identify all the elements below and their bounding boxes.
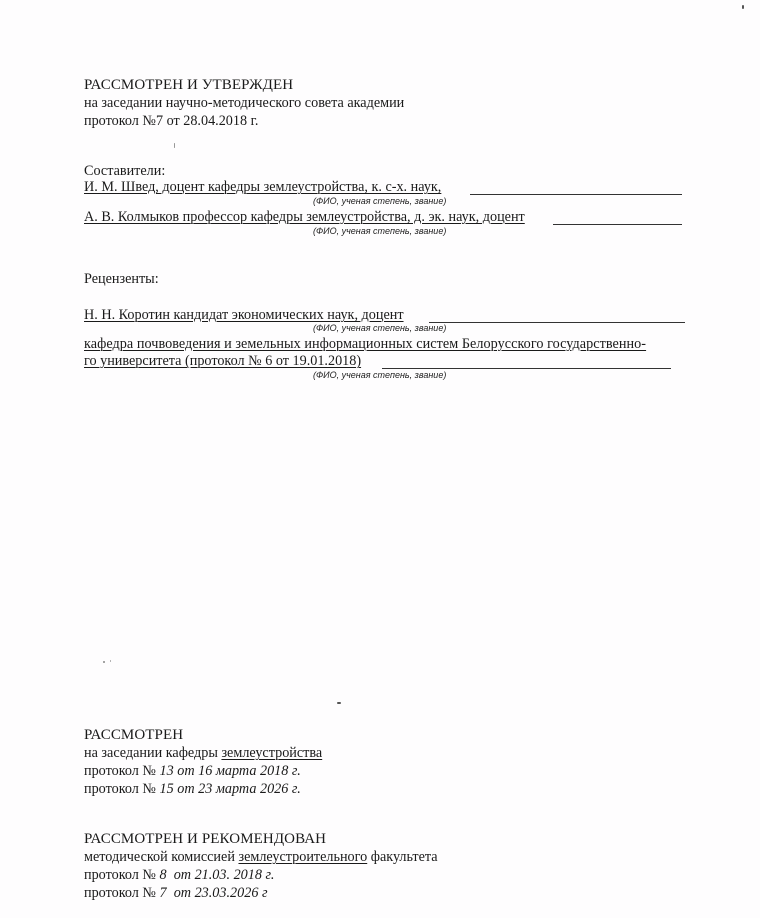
- department-review-title: РАССМОТРЕН: [84, 726, 183, 744]
- reviewer-department-line1: кафедра почвоведения и земельных информа…: [84, 335, 646, 353]
- author-shved: И. М. Швед, доцент кафедры землеустройст…: [84, 178, 441, 196]
- commission-protocol: протокол № 8 от 21.03. 2018 г.: [84, 866, 274, 884]
- protocol-details: 8 от 21.03. 2018 г.: [160, 867, 275, 883]
- scan-speck: [174, 143, 175, 148]
- author-caption: (ФИО, ученая степень, звание): [313, 226, 446, 237]
- author-caption: (ФИО, ученая степень, звание): [313, 196, 446, 207]
- department-name: землеустройства: [221, 745, 322, 761]
- scan-speck: [110, 660, 111, 662]
- department-protocol: протокол № 15 от 23 марта 2026 г.: [84, 780, 301, 798]
- scan-speck: [742, 5, 744, 9]
- reviewer-caption: (ФИО, ученая степень, звание): [313, 323, 446, 334]
- signature-line: [429, 322, 685, 323]
- protocol-prefix: протокол №: [84, 781, 160, 797]
- signature-line: [553, 224, 682, 225]
- protocol-details: 7 от 23.03.2026 г: [160, 885, 268, 901]
- protocol-prefix: протокол №: [84, 763, 160, 779]
- signature-line: [382, 368, 671, 369]
- department-review-meeting: на заседании кафедры землеустройства: [84, 744, 322, 762]
- scan-speck: [337, 702, 341, 704]
- reviewer-department-line2: го университета (протокол № 6 от 19.01.2…: [84, 352, 361, 370]
- signature-line: [470, 194, 682, 195]
- commission-review-body: методической комиссией землеустроительно…: [84, 848, 438, 866]
- reviewer-caption: (ФИО, ученая степень, звание): [313, 370, 446, 381]
- commission-prefix: методической комиссией: [84, 849, 238, 865]
- commission-protocol: протокол № 7 от 23.03.2026 г: [84, 884, 268, 902]
- reviewers-label: Рецензенты:: [84, 270, 159, 288]
- approval-council: на заседании научно-методического совета…: [84, 94, 404, 112]
- protocol-details: 15 от 23 марта 2026 г.: [160, 781, 301, 797]
- protocol-details: 13 от 16 марта 2018 г.: [160, 763, 301, 779]
- protocol-prefix: протокол №: [84, 867, 160, 883]
- approval-protocol: протокол №7 от 28.04.2018 г.: [84, 112, 258, 130]
- reviewer-korotin: Н. Н. Коротин кандидат экономических нау…: [84, 306, 404, 324]
- faculty-name: землеустроительного: [238, 849, 367, 865]
- meeting-prefix: на заседании кафедры: [84, 745, 221, 761]
- document-page: РАССМОТРЕН И УТВЕРЖДЕН на заседании науч…: [0, 0, 760, 918]
- author-kolmykov: А. В. Колмыков профессор кафедры землеус…: [84, 208, 525, 226]
- protocol-prefix: протокол №: [84, 885, 160, 901]
- scan-speck: [103, 661, 105, 663]
- commission-review-title: РАССМОТРЕН И РЕКОМЕНДОВАН: [84, 830, 326, 848]
- approval-title: РАССМОТРЕН И УТВЕРЖДЕН: [84, 76, 293, 94]
- commission-suffix: факультета: [367, 849, 437, 865]
- department-protocol: протокол № 13 от 16 марта 2018 г.: [84, 762, 301, 780]
